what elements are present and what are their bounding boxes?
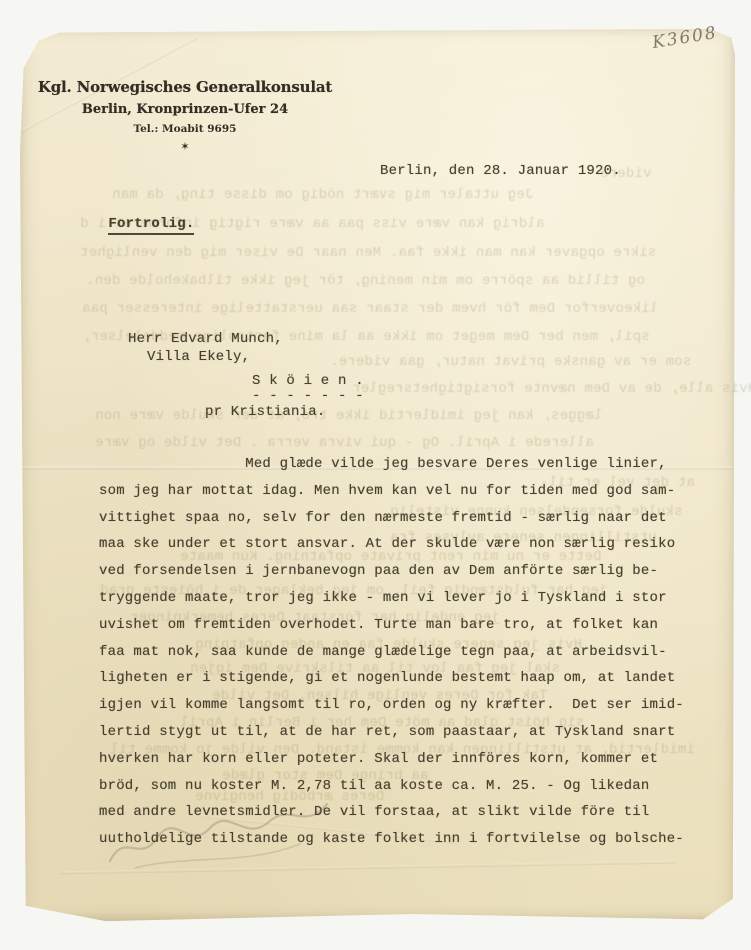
confidential-label: Fortrolig. xyxy=(74,200,194,248)
typed-line: ved forsendelsen i jernbanevogn paa den … xyxy=(99,558,684,585)
letterhead-consulate-name: Kgl. Norwegisches Generalkonsulat xyxy=(35,78,335,96)
confidential-text: Fortrolig. xyxy=(108,216,194,235)
body-lines: Med glæde vilde jeg besvare Deres venlig… xyxy=(99,451,684,853)
letterhead-phone: Tel.: Moabit 9695 xyxy=(35,123,335,135)
letterhead-address: Berlin, Kronprinzen-Ufer 24 xyxy=(35,102,335,117)
typed-line: maa ske under et stort ansvar. At der sk… xyxy=(99,531,684,558)
recipient-place-underline: - - - - - - - xyxy=(252,388,364,404)
recipient-name: Herr Edvard Munch, xyxy=(128,331,283,347)
scanned-letter-page: videreJeg uttaler mig svært nödig om dis… xyxy=(0,0,751,950)
typed-line: Med glæde vilde jeg besvare Deres venlig… xyxy=(99,451,684,478)
recipient-city: pr Kristiania. xyxy=(205,404,325,420)
typed-line: lertid stygt ut til, at de har ret, som … xyxy=(99,719,684,746)
recipient-villa: Villa Ekely, xyxy=(147,349,250,365)
recipient-place: S k ö i e n . xyxy=(252,373,364,389)
dateline: Berlin, den 28. Januar 1920. xyxy=(380,163,621,179)
typed-line: som jeg har mottat idag. Men hvem kan ve… xyxy=(99,478,684,505)
typed-line: igjen vil komme langsomt til ro, orden o… xyxy=(99,692,684,719)
typed-line: ligheten er i stigende, gi et nogenlunde… xyxy=(99,665,684,692)
typed-line: bröd, som nu koster M. 2,78 til aa koste… xyxy=(99,773,684,800)
typed-line: uutholdelige tilstande og kaste folket i… xyxy=(99,826,684,853)
star-ornament-icon: ✶ xyxy=(35,140,335,153)
letterhead: Kgl. Norwegisches Generalkonsulat Berlin… xyxy=(35,78,335,153)
typed-line: med andre levnetsmidler. De vil forstaa,… xyxy=(99,799,684,826)
typed-line: hverken har korn eller poteter. Skal der… xyxy=(99,746,684,773)
typed-line: tryggende maate, tror jeg ikke - men vi … xyxy=(99,585,684,612)
typed-line: vittighet spaa no, selv for den nærmeste… xyxy=(99,505,684,532)
typed-line: faa mat nok, saa kunde de mange glædelig… xyxy=(99,639,684,666)
typed-line: uvishet om fremtiden overhodet. Turte ma… xyxy=(99,612,684,639)
